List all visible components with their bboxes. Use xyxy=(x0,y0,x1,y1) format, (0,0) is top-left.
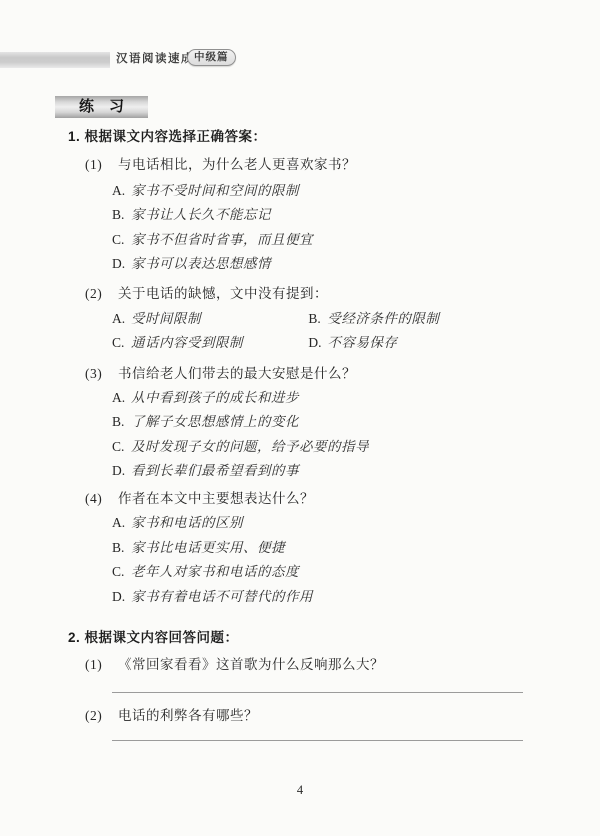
question-number: (3) xyxy=(85,365,118,382)
question-stem-row: (4)作者在本文中主要想表达什么？ xyxy=(85,490,314,507)
option-row: A.家书不受时间和空间的限制 xyxy=(112,182,299,199)
option-cell: A.受时间限制 xyxy=(112,310,305,327)
option-label: C. xyxy=(112,438,131,455)
option-row: C.老年人对家书和电话的态度 xyxy=(112,563,299,580)
textbook-page: 汉语阅读速成 中级篇 练 习 1. 根据课文内容选择正确答案： (1)与电话相比… xyxy=(0,0,600,836)
option-label: D. xyxy=(308,334,327,351)
option-text: 老年人对家书和电话的态度 xyxy=(131,564,299,579)
answer-line xyxy=(112,740,523,741)
option-label: D. xyxy=(112,588,131,605)
question-number: (4) xyxy=(85,490,118,507)
option-label: C. xyxy=(112,563,131,580)
option-label: A. xyxy=(112,310,131,327)
option-row: A.受时间限制 B.受经济条件的限制 xyxy=(112,310,439,327)
option-text: 通话内容受到限制 xyxy=(131,335,243,350)
question-stem: 书信给老人们带去的最大安慰是什么？ xyxy=(118,366,356,381)
option-text: 家书让人长久不能忘记 xyxy=(131,207,271,222)
option-text: 从中看到孩子的成长和进步 xyxy=(131,390,299,405)
question-number: (2) xyxy=(85,285,118,302)
option-text: 受时间限制 xyxy=(131,311,201,326)
exercise2-heading: 2. 根据课文内容回答问题： xyxy=(68,629,239,646)
option-label: B. xyxy=(112,539,131,556)
option-label: D. xyxy=(112,462,131,479)
option-row: D.看到长辈们最希望看到的事 xyxy=(112,462,299,479)
question-stem: 与电话相比，为什么老人更喜欢家书？ xyxy=(118,157,356,172)
exercise1-heading: 1. 根据课文内容选择正确答案： xyxy=(68,128,267,145)
option-text: 了解子女思想感情上的变化 xyxy=(131,414,299,429)
book-title: 汉语阅读速成 xyxy=(116,51,194,67)
question-stem: 关于电话的缺憾，文中没有提到： xyxy=(118,286,328,301)
question-number: (2) xyxy=(85,707,118,724)
question-stem-row: (2)电话的利弊各有哪些？ xyxy=(85,707,258,724)
option-row: B.了解子女思想感情上的变化 xyxy=(112,413,299,430)
question-stem-row: (1)《常回家看看》这首歌为什么反响那么大？ xyxy=(85,656,384,673)
answer-line xyxy=(112,692,523,693)
question-stem-row: (2)关于电话的缺憾，文中没有提到： xyxy=(85,285,328,302)
option-label: B. xyxy=(112,206,131,223)
option-cell: B.受经济条件的限制 xyxy=(305,311,439,326)
option-label: C. xyxy=(112,334,131,351)
option-label: D. xyxy=(112,255,131,272)
question-stem-row: (1)与电话相比，为什么老人更喜欢家书？ xyxy=(85,156,356,173)
option-cell: D.不容易保存 xyxy=(305,335,397,350)
option-row: C.通话内容受到限制 D.不容易保存 xyxy=(112,334,397,351)
question-stem: 作者在本文中主要想表达什么？ xyxy=(118,491,314,506)
option-row: C.及时发现子女的问题，给予必要的指导 xyxy=(112,438,369,455)
option-label: A. xyxy=(112,389,131,406)
option-text: 不容易保存 xyxy=(327,335,397,350)
question-stem: 《常回家看看》这首歌为什么反响那么大？ xyxy=(118,657,384,672)
option-label: B. xyxy=(112,413,131,430)
page-number: 4 xyxy=(0,783,600,798)
option-row: D.家书有着电话不可替代的作用 xyxy=(112,588,313,605)
option-label: A. xyxy=(112,514,131,531)
option-row: B.家书比电话更实用、便捷 xyxy=(112,539,285,556)
option-row: B.家书让人长久不能忘记 xyxy=(112,206,271,223)
question-stem-row: (3)书信给老人们带去的最大安慰是什么？ xyxy=(85,365,356,382)
option-text: 家书不受时间和空间的限制 xyxy=(131,183,299,198)
option-label: A. xyxy=(112,182,131,199)
option-row: D.家书可以表达思想感情 xyxy=(112,255,271,272)
option-text: 家书和电话的区别 xyxy=(131,515,243,530)
option-text: 家书有着电话不可替代的作用 xyxy=(131,589,313,604)
question-stem: 电话的利弊各有哪些？ xyxy=(118,708,258,723)
level-badge: 中级篇 xyxy=(187,49,236,66)
option-row: A.从中看到孩子的成长和进步 xyxy=(112,389,299,406)
option-text: 及时发现子女的问题，给予必要的指导 xyxy=(131,439,369,454)
question-number: (1) xyxy=(85,656,118,673)
option-text: 家书不但省时省事，而且便宜 xyxy=(131,232,313,247)
option-label: C. xyxy=(112,231,131,248)
header-decoration-bar xyxy=(0,52,110,68)
option-text: 看到长辈们最希望看到的事 xyxy=(131,463,299,478)
question-number: (1) xyxy=(85,156,118,173)
option-text: 受经济条件的限制 xyxy=(327,311,439,326)
option-cell: C.通话内容受到限制 xyxy=(112,334,305,351)
option-label: B. xyxy=(308,310,327,327)
option-text: 家书比电话更实用、便捷 xyxy=(131,540,285,555)
exercise-banner: 练 习 xyxy=(55,96,148,118)
option-row: C.家书不但省时省事，而且便宜 xyxy=(112,231,313,248)
option-text: 家书可以表达思想感情 xyxy=(131,256,271,271)
option-row: A.家书和电话的区别 xyxy=(112,514,243,531)
